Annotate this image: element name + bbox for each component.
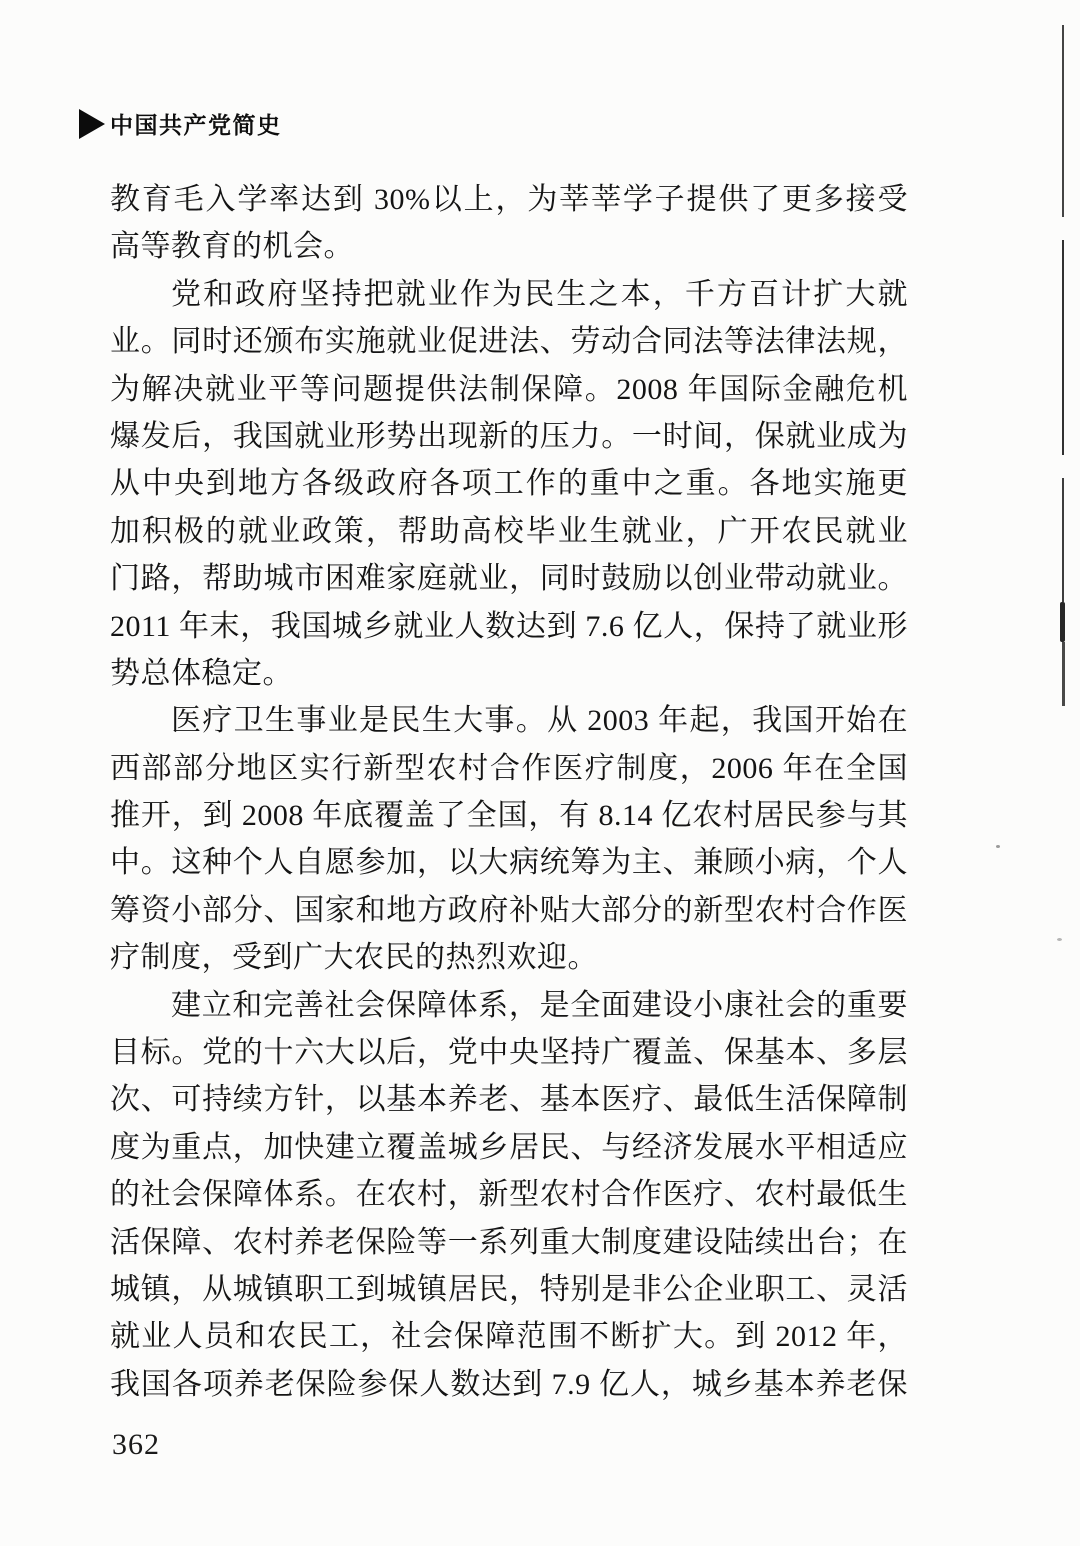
text-line: 业。同时还颁布实施就业促进法、劳动合同法等法律法规，: [110, 318, 908, 365]
text-line: 中。这种个人自愿参加，以大病统筹为主、兼顾小病，个人: [110, 839, 908, 886]
text-line: 西部部分地区实行新型农村合作医疗制度，2006 年在全国: [110, 745, 908, 792]
scan-artifact-line: [1062, 240, 1064, 455]
page-number: 362: [112, 1428, 160, 1462]
text-line: 推开，到 2008 年底覆盖了全国，有 8.14 亿农村居民参与其: [110, 792, 908, 839]
text-line: 就业人员和农民工，社会保障范围不断扩大。到 2012 年，: [110, 1313, 908, 1360]
text-line: 教育毛入学率达到 30%以上，为莘莘学子提供了更多接受: [110, 176, 908, 223]
text-line: 度为重点，加快建立覆盖城乡居民、与经济发展水平相适应: [110, 1124, 908, 1171]
right-triangle-icon: [79, 109, 105, 139]
text-line: 建立和完善社会保障体系，是全面建设小康社会的重要: [110, 982, 908, 1029]
text-line: 的社会保障体系。在农村，新型农村合作医疗、农村最低生: [110, 1171, 908, 1218]
text-line: 党和政府坚持把就业作为民生之本，千方百计扩大就: [110, 271, 908, 318]
scan-artifact-line: [1060, 602, 1065, 642]
text-line: 城镇，从城镇职工到城镇居民，特别是非公企业职工、灵活: [110, 1266, 908, 1313]
book-page: 中国共产党简史 教育毛入学率达到 30%以上，为莘莘学子提供了更多接受 高等教育…: [0, 0, 1080, 1546]
text-line: 势总体稳定。: [110, 650, 908, 697]
page-header: 中国共产党简史: [79, 107, 282, 140]
text-line: 目标。党的十六大以后，党中央坚持广覆盖、保基本、多层: [110, 1029, 908, 1076]
text-line: 疗制度，受到广大农民的热烈欢迎。: [110, 934, 908, 981]
book-title: 中国共产党简史: [110, 107, 282, 140]
scan-artifact-line: [1062, 478, 1064, 602]
text-line: 加积极的就业政策，帮助高校毕业生就业，广开农民就业: [110, 508, 908, 555]
body-text: 教育毛入学率达到 30%以上，为莘莘学子提供了更多接受 高等教育的机会。 党和政…: [110, 176, 908, 1408]
text-line: 为解决就业平等问题提供法制保障。2008 年国际金融危机: [110, 366, 908, 413]
text-line: 医疗卫生事业是民生大事。从 2003 年起，我国开始在: [110, 697, 908, 744]
text-line: 高等教育的机会。: [110, 223, 908, 270]
text-line: 爆发后，我国就业形势出现新的压力。一时间，保就业成为: [110, 413, 908, 460]
scan-artifact-line: [1062, 642, 1065, 706]
text-line: 从中央到地方各级政府各项工作的重中之重。各地实施更: [110, 460, 908, 507]
text-line: 门路，帮助城市困难家庭就业，同时鼓励以创业带动就业。: [110, 555, 908, 602]
text-line: 我国各项养老保险参保人数达到 7.9 亿人，城乡基本养老保: [110, 1361, 908, 1408]
text-line: 次、可持续方针，以基本养老、基本医疗、最低生活保障制: [110, 1076, 908, 1123]
scan-speck: [1057, 938, 1062, 941]
text-line: 活保障、农村养老保险等一系列重大制度建设陆续出台；在: [110, 1219, 908, 1266]
scan-speck: [996, 845, 1000, 848]
scan-artifact-line: [1062, 25, 1064, 217]
text-line: 2011 年末，我国城乡就业人数达到 7.6 亿人，保持了就业形: [110, 603, 908, 650]
text-line: 筹资小部分、国家和地方政府补贴大部分的新型农村合作医: [110, 887, 908, 934]
